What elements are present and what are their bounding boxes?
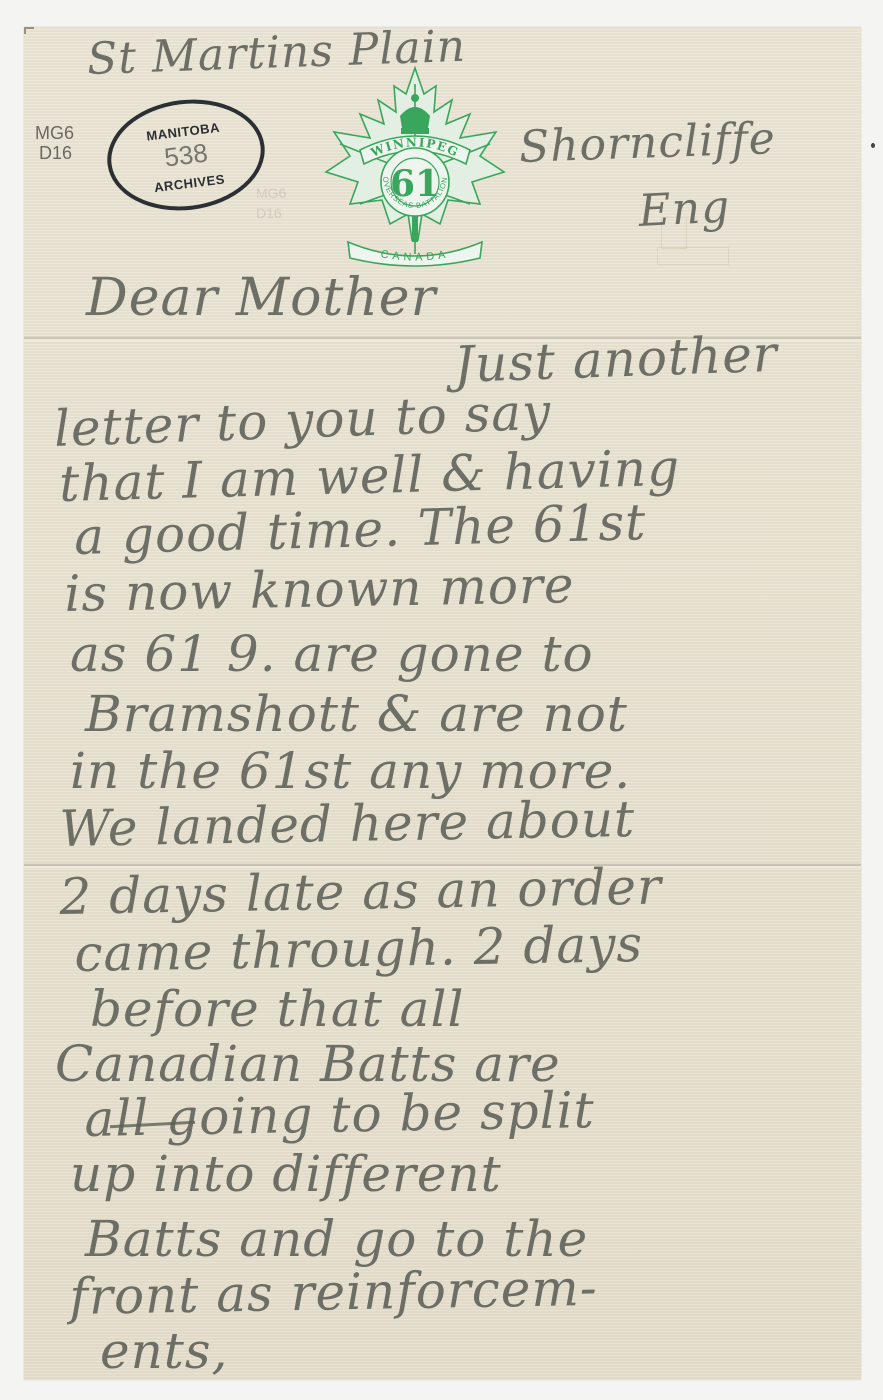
address-line-2: Shorncliffe: [518, 113, 776, 173]
body-line-18: ents,: [100, 1322, 228, 1380]
battalion-maple-leaf-crest-icon: WINNIPEG OVERSEAS BATTALION 61 CANADA: [320, 64, 510, 274]
address-line-3: Eng: [637, 181, 731, 237]
body-line-15: up into different: [70, 1145, 502, 1203]
body-line-7: Bramshott & are not: [85, 685, 628, 743]
body-line-11: came through. 2 days: [74, 915, 644, 983]
body-line-17: front as reinforcem-: [69, 1259, 598, 1326]
body-line-12: before that all: [90, 980, 464, 1038]
faint-ref-line-2: D16: [256, 203, 286, 223]
salutation: Dear Mother: [86, 268, 436, 328]
crest-battalion-number: 61: [390, 163, 440, 205]
paper-corner-mark: [24, 27, 34, 34]
show-through-mark: [657, 247, 729, 265]
dust-speck: [871, 143, 875, 148]
faint-pencil-reference: MG6 D16: [256, 183, 286, 223]
body-line-5: is now known more: [64, 556, 575, 623]
body-line-14: all going to be split: [84, 1081, 595, 1148]
faint-ref-line-1: MG6: [256, 183, 286, 203]
pencil-ref-line-1: MG6: [35, 123, 74, 143]
body-line-6: as 61 9. are gone to: [70, 625, 594, 683]
scan-background: MG6 D16 MG6 D16 MANITOBA 538 ARCHIVES: [0, 0, 883, 1400]
body-line-9: We landed here about: [59, 790, 636, 858]
archive-pencil-reference: MG6 D16: [35, 123, 74, 163]
pencil-ref-line-2: D16: [35, 143, 74, 163]
